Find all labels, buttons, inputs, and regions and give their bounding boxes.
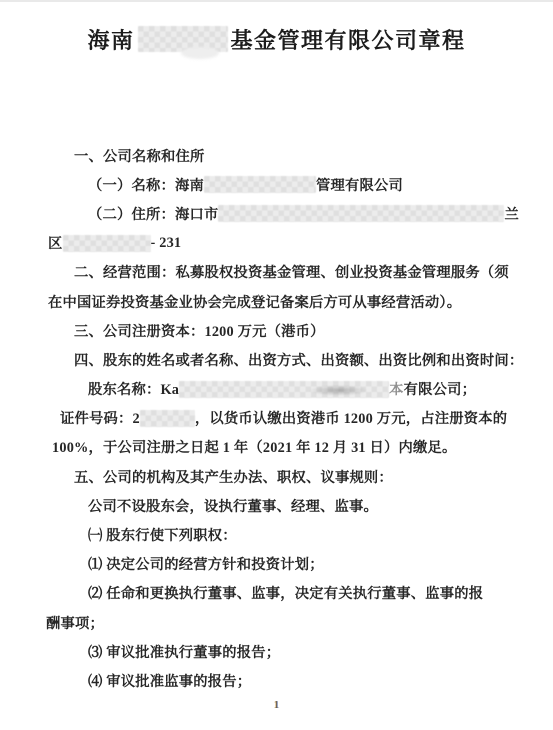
- redaction-block: [179, 381, 389, 398]
- line-text: （二）住所：海口市: [88, 204, 218, 224]
- line-text: （一）名称：海南: [88, 175, 204, 195]
- line-text: ⑵ 任命和更换执行董事、监事，决定有关执行董事、监事的报: [88, 583, 483, 603]
- document-line: 区- 231: [46, 229, 538, 258]
- line-text: - 231: [151, 235, 182, 252]
- document-line: 四、股东的姓名或者名称、出资方式、出资额、出资比例和出资时间：: [46, 345, 538, 374]
- line-text: ㈠ 股东行使下列职权：: [88, 525, 237, 545]
- redaction-block: [63, 235, 151, 252]
- document-line: 酬事项；: [46, 608, 538, 637]
- line-text: 管理有限公司: [316, 175, 403, 195]
- document-line: 100%，于公司注册之日起 1 年（2021 年 12 月 31 日）内缴足。: [46, 433, 538, 462]
- line-text: 在中国证券投资基金业协会完成登记备案后方可从事经营活动）。: [48, 292, 461, 312]
- document-line: 三、公司注册资本：1200 万元（港币）: [46, 316, 538, 345]
- line-text: ⑴ 决定公司的经营方针和投资计划；: [88, 554, 324, 574]
- line-text: 证件号码：2: [60, 408, 140, 428]
- document-line: 一、公司名称和住所: [46, 141, 538, 170]
- line-text: ⑶ 审议批准执行董事的报告；: [88, 642, 280, 662]
- document-line: 二、经营范围：私募股权投资基金管理、创业投资基金管理服务（须: [46, 258, 538, 287]
- document-line: 股东名称：Ka本有限公司；: [46, 375, 538, 404]
- line-text: 五、公司的机构及其产生办法、职权、议事规则：: [74, 467, 393, 487]
- ghost-text: 本: [389, 379, 404, 399]
- line-text: 四、股东的姓名或者名称、出资方式、出资额、出资比例和出资时间：: [74, 350, 523, 370]
- line-text: 一、公司名称和住所: [74, 146, 204, 166]
- document-line: ⑵ 任命和更换执行董事、监事，决定有关执行董事、监事的报: [46, 579, 538, 608]
- document-line: ㈠ 股东行使下列职权：: [46, 520, 538, 549]
- document-body: 一、公司名称和住所（一）名称：海南管理有限公司（二）住所：海口市兰区- 231二…: [46, 141, 538, 696]
- line-text: ⑷ 审议批准监事的报告；: [88, 671, 251, 691]
- document-line: （一）名称：海南管理有限公司: [46, 170, 538, 199]
- line-text: 股东名称：Ka: [88, 379, 179, 399]
- document-line: 公司不设股东会，设执行董事、经理、监事。: [46, 491, 538, 520]
- redaction-block: [138, 26, 228, 52]
- title-text: 海南: [87, 28, 134, 53]
- document-line: 证件号码：2，以货币认缴出资港币 1200 万元，占注册资本的: [46, 404, 538, 433]
- document-page: 海南基金管理有限公司章程 一、公司名称和住所（一）名称：海南管理有限公司（二）住…: [0, 0, 553, 730]
- page-number: 1: [0, 700, 553, 712]
- line-text: 有限公司；: [404, 379, 476, 399]
- line-text: 三、公司注册资本：1200 万元（港币）: [74, 321, 325, 341]
- line-text: 100%，于公司注册之日起 1 年（2021 年 12 月 31 日）内缴足。: [52, 437, 457, 457]
- document-line: ⑷ 审议批准监事的报告；: [46, 666, 538, 695]
- document-line: ⑶ 审议批准执行董事的报告；: [46, 637, 538, 666]
- document-line: 在中国证券投资基金业协会完成登记备案后方可从事经营活动）。: [46, 287, 538, 316]
- document-line: 五、公司的机构及其产生办法、职权、议事规则：: [46, 462, 538, 491]
- document-line: （二）住所：海口市兰: [46, 199, 538, 228]
- line-text: 区: [48, 233, 63, 253]
- page-top-edge: [0, 0, 553, 2]
- redaction-block: [204, 176, 316, 193]
- redaction-block: [218, 205, 504, 222]
- document-title: 海南基金管理有限公司章程: [0, 24, 553, 55]
- document-line: ⑴ 决定公司的经营方针和投资计划；: [46, 550, 538, 579]
- title-text: 基金管理有限公司章程: [231, 28, 466, 53]
- line-text: 酬事项；: [46, 613, 104, 633]
- line-text: 二、经营范围：私募股权投资基金管理、创业投资基金管理服务（须: [74, 262, 509, 282]
- line-text: 兰: [504, 204, 519, 224]
- redaction-block: [140, 410, 195, 427]
- line-text: ，以货币认缴出资港币 1200 万元，占注册资本的: [195, 408, 507, 428]
- line-text: 公司不设股东会，设执行董事、经理、监事。: [88, 496, 378, 516]
